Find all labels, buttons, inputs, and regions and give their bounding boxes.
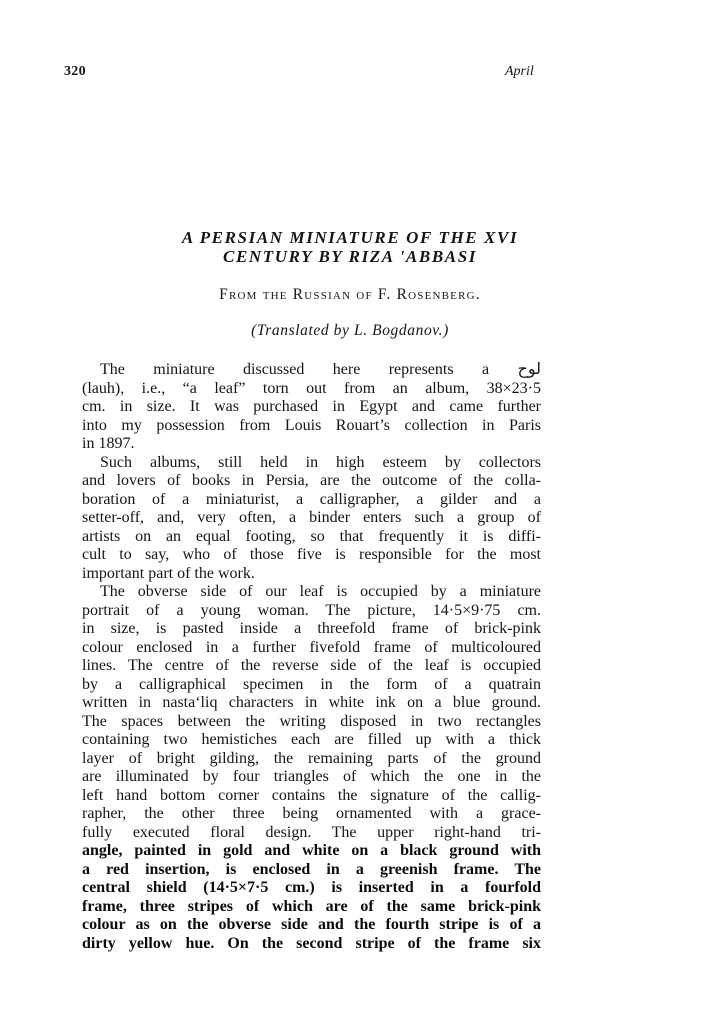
text-line: colour enclosed in a further fivefold fr… (82, 639, 541, 658)
text-line: dirty yellow hue. On the second stripe o… (82, 935, 541, 954)
text-line: a red insertion, is enclosed in a greeni… (82, 861, 541, 880)
text-line: Such albums, still held in high esteem b… (82, 454, 541, 473)
title-line-2: CENTURY BY RIZA 'ABBASI (100, 247, 600, 266)
text-line: in 1897. (82, 435, 541, 454)
text-line: central shield (14·5×7·5 cm.) is inserte… (82, 879, 541, 898)
text-line: The miniature discussed here represents … (82, 361, 541, 380)
text-line: into my possession from Louis Rouart’s c… (82, 417, 541, 436)
text-line: and lovers of books in Persia, are the o… (82, 472, 541, 491)
text-line: containing two hemistiches each are fill… (82, 731, 541, 750)
article-title: A PERSIAN MINIATURE OF THE XVI CENTURY B… (100, 228, 600, 266)
translator-credit: (Translated by L. Bogdanov.) (100, 322, 600, 340)
text-line: fully executed floral design. The upper … (82, 824, 541, 843)
text-line: colour as on the obverse side and the fo… (82, 916, 541, 935)
article-body: The miniature discussed here represents … (82, 361, 541, 953)
text-line: rapher, the other three being ornamented… (82, 805, 541, 824)
text-line: in size, is pasted inside a threefold fr… (82, 620, 541, 639)
text-line: The spaces between the writing disposed … (82, 713, 541, 732)
text-line: layer of bright gilding, the remaining p… (82, 750, 541, 769)
text-line: lines. The centre of the reverse side of… (82, 657, 541, 676)
text-line: The obverse side of our leaf is occupied… (82, 583, 541, 602)
text-line: left hand bottom corner contains the sig… (82, 787, 541, 806)
text-line: cult to say, who of those five is respon… (82, 546, 541, 565)
byline: From the Russian of F. Rosenberg. (100, 286, 600, 304)
text-line: portrait of a young woman. The picture, … (82, 602, 541, 621)
paragraph-2: Such albums, still held in high esteem b… (82, 454, 541, 584)
paragraph-3: The obverse side of our leaf is occupied… (82, 583, 541, 953)
text-line: frame, three stripes of which are of the… (82, 898, 541, 917)
text-line: artists on an equal footing, so that fre… (82, 528, 541, 547)
text-line: setter-off, and, very often, a binder en… (82, 509, 541, 528)
text-line: are illuminated by four triangles of whi… (82, 768, 541, 787)
title-line-1: A PERSIAN MINIATURE OF THE XVI (100, 228, 600, 247)
text-line: boration of a miniaturist, a calligraphe… (82, 491, 541, 510)
text-line: (lauh), i.e., “a leaf” torn out from an … (82, 380, 541, 399)
paragraph-1: The miniature discussed here represents … (82, 361, 541, 454)
running-head: April (505, 64, 534, 80)
text-line: angle, painted in gold and white on a bl… (82, 842, 541, 861)
page-number: 320 (64, 64, 86, 80)
text-line: written in nasta‘liq characters in white… (82, 694, 541, 713)
text-line: by a calligraphical specimen in the form… (82, 676, 541, 695)
text-line: cm. in size. It was purchased in Egypt a… (82, 398, 541, 417)
text-line: important part of the work. (82, 565, 541, 584)
